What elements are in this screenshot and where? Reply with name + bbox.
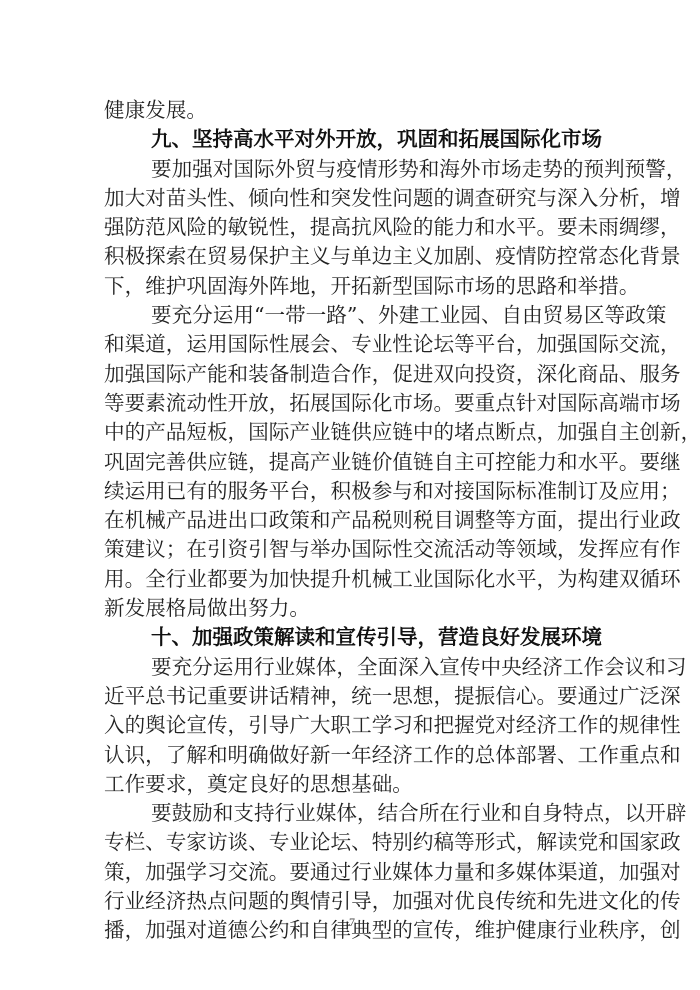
body-text: 健康发展。 九、坚持高水平对外开放，巩固和拓展国际化市场 要加强对国际外贸与疫情…	[104, 96, 600, 946]
paragraph-line: 和渠道，运用国际性展会、专业性论坛等平台，加强国际交流，	[104, 330, 600, 359]
paragraph-line: 认识，了解和明确做好新一年经济工作的总体部署、工作重点和	[104, 741, 600, 770]
paragraph-line: 在机械产品进出口政策和产品税则税目调整等方面，提出行业政	[104, 506, 600, 535]
paragraph-line: 加大对苗头性、倾向性和突发性问题的调查研究与深入分析，增	[104, 184, 600, 213]
paragraph-line: 专栏、专家访谈、专业论坛、特别约稿等形式，解读党和国家政	[104, 828, 600, 857]
paragraph-line: 策，加强学习交流。要通过行业媒体力量和多媒体渠道，加强对	[104, 858, 600, 887]
section-heading-9: 九、坚持高水平对外开放，巩固和拓展国际化市场	[104, 125, 600, 154]
document-page: 健康发展。 九、坚持高水平对外开放，巩固和拓展国际化市场 要加强对国际外贸与疫情…	[0, 0, 700, 990]
paragraph-line: 强防范风险的敏锐性，提高抗风险的能力和水平。要未雨绸缪，	[104, 213, 600, 242]
paragraph-line: 要鼓励和支持行业媒体，结合所在行业和自身特点，以开辟	[104, 799, 600, 828]
paragraph-line: 续运用已有的服务平台，积极参与和对接国际标准制订及应用；	[104, 477, 600, 506]
paragraph-line: 入的舆论宣传，引导广大职工学习和把握党对经济工作的规律性	[104, 711, 600, 740]
paragraph-line: 新发展格局做出努力。	[104, 594, 600, 623]
paragraph-line: 加强国际产能和装备制造合作，促进双向投资，深化商品、服务	[104, 360, 600, 389]
paragraph-line: 要加强对国际外贸与疫情形势和海外市场走势的预判预警，	[104, 155, 600, 184]
paragraph-line: 用。全行业都要为加快提升机械工业国际化水平，为构建双循环	[104, 565, 600, 594]
paragraph-line: 工作要求，奠定良好的思想基础。	[104, 770, 600, 799]
paragraph-line: 中的产品短板，国际产业链供应链中的堵点断点，加强自主创新，	[104, 418, 600, 447]
paragraph-line: 行业经济热点问题的舆情引导，加强对优良传统和先进文化的传	[104, 887, 600, 916]
paragraph-line: 策建议；在引资引智与举办国际性交流活动等领域，发挥应有作	[104, 535, 600, 564]
paragraph-line: 巩固完善供应链，提高产业链价值链自主可控能力和水平。要继	[104, 448, 600, 477]
paragraph-line: 要充分运用行业媒体，全面深入宣传中央经济工作会议和习	[104, 653, 600, 682]
paragraph-line: 健康发展。	[104, 96, 600, 125]
section-heading-10: 十、加强政策解读和宣传引导，营造良好发展环境	[104, 623, 600, 652]
paragraph-line: 近平总书记重要讲话精神，统一思想，提振信心。要通过广泛深	[104, 682, 600, 711]
paragraph-line: 下，维护巩固海外阵地，开拓新型国际市场的思路和举措。	[104, 272, 600, 301]
paragraph-line: 要充分运用“一带一路”、外建工业园、自由贸易区等政策	[104, 301, 600, 330]
paragraph-line: 等要素流动性开放，拓展国际化市场。要重点针对国际高端市场	[104, 389, 600, 418]
page-number: 7	[346, 915, 358, 930]
paragraph-line: 积极探索在贸易保护主义与单边主义加剧、疫情防控常态化背景	[104, 242, 600, 271]
